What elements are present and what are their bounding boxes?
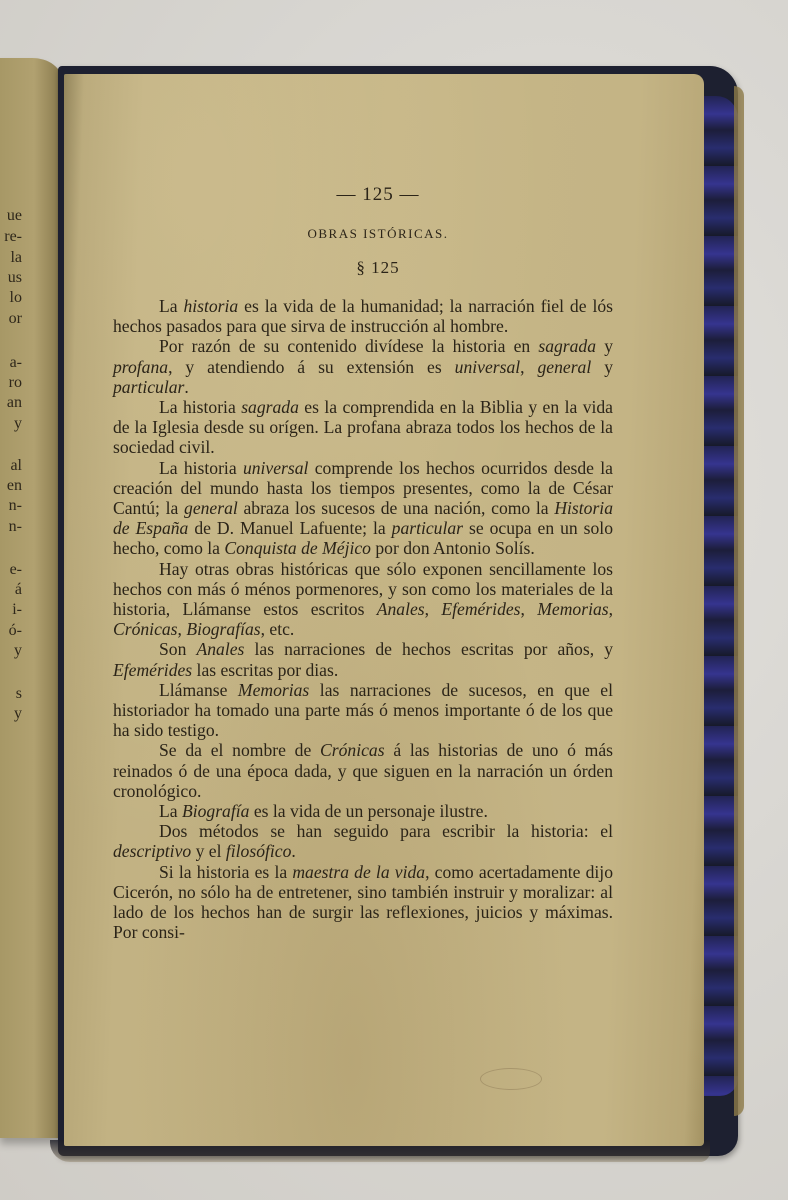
marbled-cover-edge — [698, 96, 738, 1096]
paragraph: La Biografía es la vida de un personaje … — [113, 801, 613, 821]
pencil-mark — [480, 1068, 542, 1090]
italic-term: historia — [183, 296, 238, 316]
text-run: , — [609, 599, 613, 619]
text-run: . — [291, 841, 295, 861]
left-page-text-fragment: al — [0, 456, 22, 476]
left-page-text-fragment: y — [0, 641, 22, 661]
left-page-text-fragment: i- — [0, 600, 22, 620]
text-run: y — [596, 336, 613, 356]
italic-term: general — [538, 357, 592, 377]
italic-term: descriptivo — [113, 841, 191, 861]
italic-term: profana — [113, 357, 168, 377]
italic-term: Anales — [377, 599, 425, 619]
section-title: OBRAS ISTÓRICAS. — [143, 226, 613, 242]
text-run: es la vida de un personaje ilustre. — [249, 801, 487, 821]
italic-term: sagrada — [538, 336, 596, 356]
section-number: § 125 — [143, 258, 613, 278]
left-page-text-fragment: re- — [0, 227, 22, 247]
text-run: , etc. — [261, 619, 295, 639]
text-run: La historia — [159, 458, 243, 478]
text-run: las escritas por dias. — [192, 660, 338, 680]
text-run: y — [591, 357, 613, 377]
left-page-text-fragment: ue — [0, 206, 22, 226]
italic-term: Memorias — [537, 599, 608, 619]
text-run: , — [521, 599, 538, 619]
left-page-text-fragment: y — [0, 704, 22, 724]
left-page-text-fragment: an — [0, 393, 22, 413]
text-run: , — [425, 599, 442, 619]
italic-term: universal — [455, 357, 520, 377]
text-run: Son — [159, 639, 197, 659]
paragraph: Llámanse Memorias las narraciones de suc… — [113, 680, 613, 741]
paragraph: Son Anales las narraciones de hechos esc… — [113, 639, 613, 679]
text-run: , y atendiendo á su extensión es — [168, 357, 455, 377]
text-run: Si la historia es la — [159, 862, 292, 882]
italic-term: particular — [392, 518, 463, 538]
left-page-text-fragment: s — [0, 684, 22, 704]
left-page-text-fragment: ro — [0, 373, 22, 393]
left-page-text-fragment: ó- — [0, 621, 22, 641]
italic-term: sagrada — [241, 397, 299, 417]
left-page-text-fragment: n- — [0, 496, 22, 516]
left-page-fragment: uere-lausloora-roanyalenn-n-e-ái-ó-ysy — [0, 58, 62, 1138]
left-page-text-fragment: en — [0, 476, 22, 496]
left-page-text-fragment: e- — [0, 560, 22, 580]
left-page-text-fragment: n- — [0, 517, 22, 537]
text-run: Llámanse — [159, 680, 238, 700]
italic-term: Biografía — [182, 801, 249, 821]
text-run: de D. Manuel Lafuente; la — [188, 518, 391, 538]
italic-term: Anales — [197, 639, 245, 659]
worn-cover-border — [734, 86, 744, 1116]
text-run: abraza los sucesos de una nación, como l… — [238, 498, 555, 518]
text-run: por don Antonio Solís. — [371, 538, 535, 558]
italic-term: general — [184, 498, 238, 518]
text-run: La — [159, 296, 183, 316]
paragraph: La historia universal comprende los hech… — [113, 458, 613, 559]
text-run: Se da el nombre de — [159, 740, 320, 760]
left-page-text-fragment: y — [0, 414, 22, 434]
left-page-text-fragment: á — [0, 580, 22, 600]
italic-term: maestra de la vida — [292, 862, 425, 882]
italic-term: Biografías — [186, 619, 260, 639]
italic-term: Crónicas — [320, 740, 385, 760]
left-page-text-fragment: la — [0, 248, 22, 268]
page-number: — 125 — — [143, 184, 613, 206]
text-run: La historia — [159, 397, 241, 417]
left-page-text-fragment: a- — [0, 353, 22, 373]
left-page-text-fragment: us — [0, 268, 22, 288]
italic-term: filosófico — [226, 841, 292, 861]
text-run: las narraciones de hechos escritas por a… — [244, 639, 613, 659]
left-page-text-fragment: or — [0, 309, 22, 329]
paragraph: La historia es la vida de la humanidad; … — [113, 296, 613, 336]
text-run: . — [184, 377, 188, 397]
body-text: La historia es la vida de la humanidad; … — [113, 296, 613, 943]
text-run: Por razón de su contenido divídese la hi… — [159, 336, 538, 356]
paragraph: Por razón de su contenido divídese la hi… — [113, 336, 613, 397]
italic-term: Efemérides — [113, 660, 192, 680]
text-run: y el — [191, 841, 226, 861]
text-run: Dos métodos se han seguido para escribir… — [159, 821, 613, 841]
paragraph: Si la historia es la maestra de la vida,… — [113, 862, 613, 943]
text-run: , — [520, 357, 537, 377]
italic-term: Efemérides — [441, 599, 520, 619]
italic-term: universal — [243, 458, 308, 478]
text-run: La — [159, 801, 182, 821]
italic-term: Conquista de Méjico — [224, 538, 371, 558]
paragraph: Se da el nombre de Crónicas á las histor… — [113, 740, 613, 801]
italic-term: Crónicas — [113, 619, 178, 639]
paragraph: La historia sagrada es la comprendida en… — [113, 397, 613, 458]
paragraph: Dos métodos se han seguido para escribir… — [113, 821, 613, 861]
page-text-block: — 125 — OBRAS ISTÓRICAS. § 125 La histor… — [113, 184, 613, 943]
text-run: , — [178, 619, 187, 639]
italic-term: Memorias — [238, 680, 309, 700]
italic-term: particular — [113, 377, 184, 397]
paragraph: Hay otras obras históricas que sólo expo… — [113, 559, 613, 640]
left-page-text-fragment: lo — [0, 288, 22, 308]
